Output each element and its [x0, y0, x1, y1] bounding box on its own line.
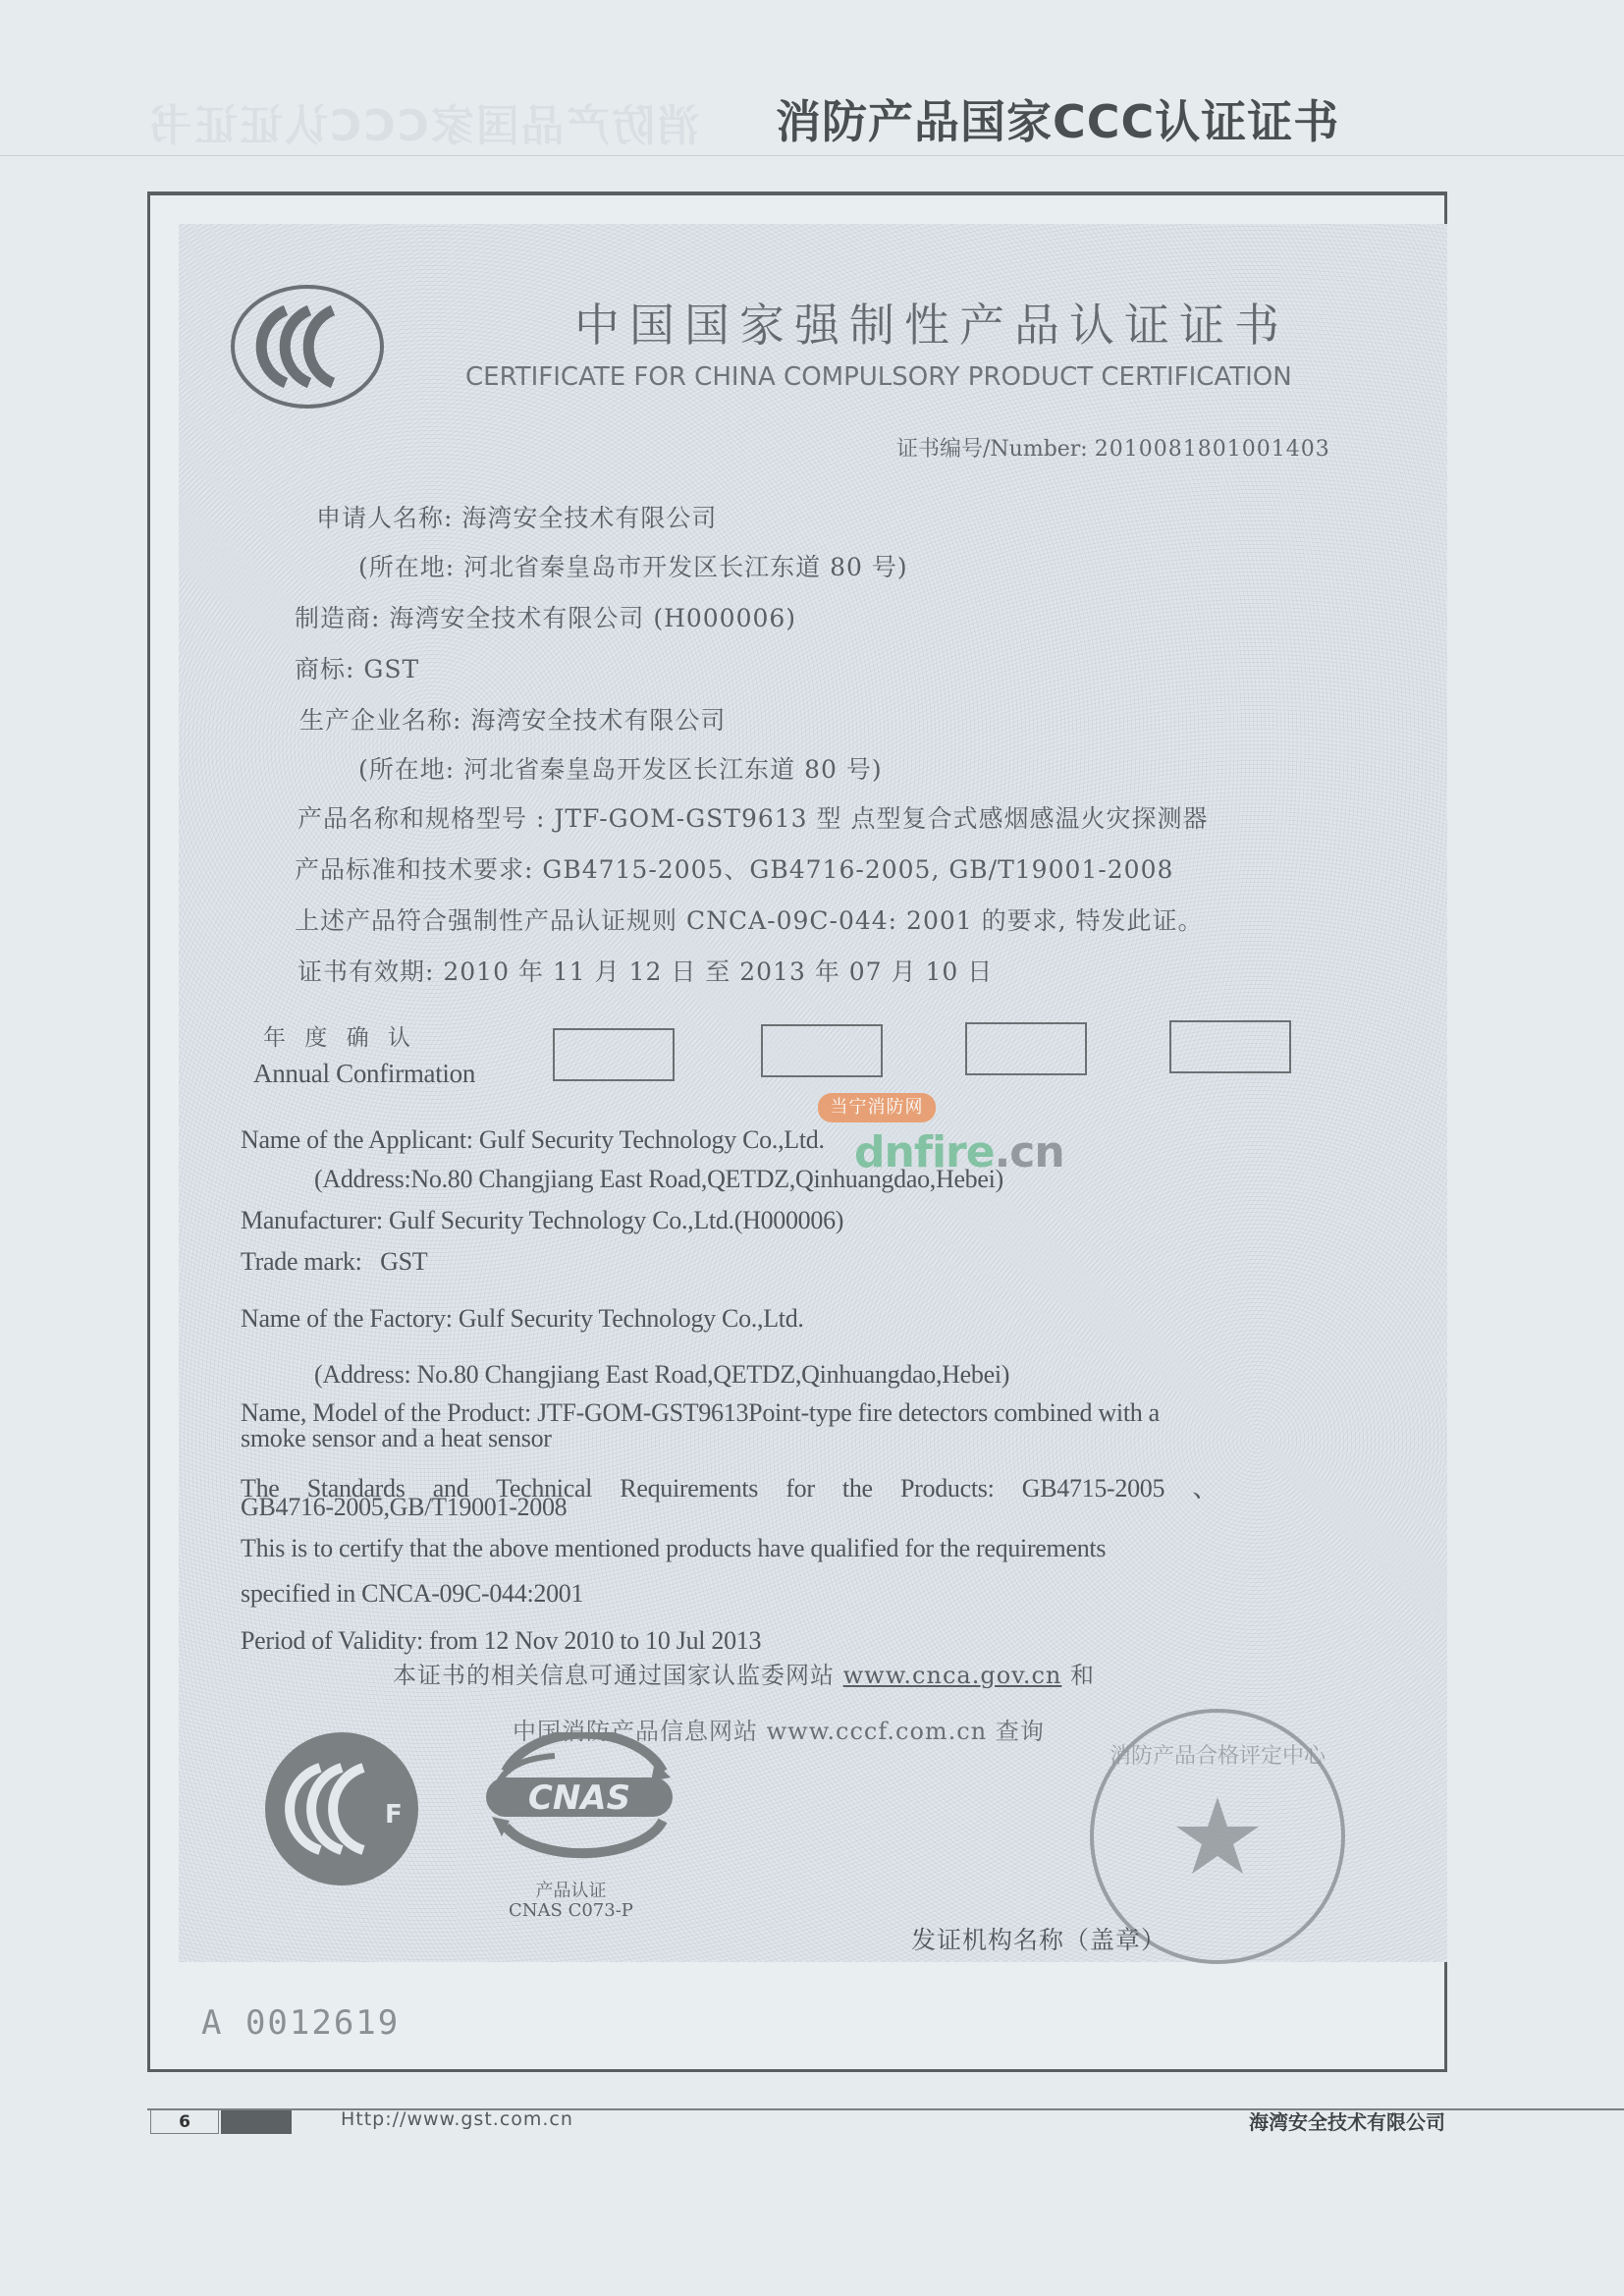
- annual-confirmation-box-1: [553, 1028, 675, 1081]
- product-cn: 产品名称和规格型号 : JTF-GOM-GST9613 型 点型复合式感烟感温火…: [298, 799, 1209, 835]
- validity-en: Period of Validity: from 12 Nov 2010 to …: [241, 1626, 761, 1656]
- svg-text:CNAS: CNAS: [528, 1778, 630, 1818]
- footer-url-link[interactable]: Http://www.gst.com.cn: [341, 2108, 573, 2130]
- watermark-text-green: dnfire: [854, 1127, 995, 1177]
- certificate-serial: A 0012619: [201, 2003, 400, 2043]
- watermark-text: dnfire.cn: [854, 1127, 1064, 1177]
- annual-confirmation-box-2: [761, 1024, 883, 1077]
- info-note-line1: 本证书的相关信息可通过国家认监委网站 www.cnca.gov.cn 和: [393, 1656, 1095, 1690]
- standards-cn: 产品标准和技术要求: GB4715-2005、GB4716-2005, GB/T…: [295, 850, 1173, 886]
- trademark-cn: 商标: GST: [295, 650, 419, 685]
- certificate-title-cn: 中国国家强制性产品认证证书: [574, 290, 1289, 355]
- svg-text:消防产品合格评定中心: 消防产品合格评定中心: [1110, 1744, 1326, 1769]
- info-note-suffix: 和: [1061, 1662, 1095, 1689]
- annual-confirmation-label-cn: 年 度 确 认: [263, 1019, 416, 1052]
- watermark-text-gray: .cn: [995, 1127, 1064, 1177]
- statement-en-line1: This is to certify that the above mentio…: [241, 1534, 1106, 1563]
- cnca-link[interactable]: www.cnca.gov.cn: [843, 1662, 1062, 1689]
- cnas-logo-icon: CNAS: [476, 1732, 682, 1860]
- watermark-badge: 当宁消防网: [818, 1093, 936, 1122]
- certificate-number: 证书编号/Number: 2010081801001403: [896, 432, 1330, 463]
- validity-cn: 证书有效期: 2010 年 11 月 12 日 至 2013 年 07 月 10…: [298, 953, 993, 988]
- standards-en-line2: GB4716-2005,GB/T19001-2008: [241, 1493, 567, 1522]
- ghost-title-reverse: 消防产品国家CCC认证证书: [147, 90, 700, 153]
- factory-address-en: (Address: No.80 Changjiang East Road,QET…: [314, 1360, 1009, 1390]
- statement-en-line2: specified in CNCA-09C-044:2001: [241, 1579, 583, 1609]
- cnas-caption-line2: CNAS C073-P: [509, 1901, 633, 1921]
- page-number-block: [221, 2110, 292, 2134]
- product-en-line2: smoke sensor and a heat sensor: [241, 1424, 552, 1453]
- footer-company-name: 海湾安全技术有限公司: [1249, 2106, 1445, 2135]
- ccc-logo-icon: [229, 283, 386, 410]
- applicant-address-cn: (所在地: 河北省秦皇岛市开发区长江东道 80 号): [358, 548, 908, 583]
- certificate-title-en: CERTIFICATE FOR CHINA COMPULSORY PRODUCT…: [465, 362, 1292, 392]
- applicant-en: Name of the Applicant: Gulf Security Tec…: [241, 1125, 825, 1155]
- statement-cn: 上述产品符合强制性产品认证规则 CNCA-09C-044: 2001 的要求, …: [295, 902, 1204, 937]
- page-number: 6: [150, 2110, 219, 2134]
- annual-confirmation-box-4: [1169, 1020, 1291, 1073]
- svg-text:F: F: [385, 1800, 403, 1830]
- factory-address-cn: (所在地: 河北省秦皇岛开发区长江东道 80 号): [358, 750, 883, 786]
- cnas-caption: 产品认证 CNAS C073-P: [509, 1882, 633, 1921]
- factory-en: Name of the Factory: Gulf Security Techn…: [241, 1304, 804, 1334]
- annual-confirmation-box-3: [965, 1022, 1087, 1075]
- trademark-en: Trade mark: GST: [241, 1247, 427, 1277]
- annual-confirmation-label-en: Annual Confirmation: [253, 1059, 475, 1089]
- certificate-number-label: 证书编号/Number:: [896, 437, 1088, 462]
- page-title: 消防产品国家CCC认证证书: [776, 86, 1339, 151]
- cnas-caption-line1: 产品认证: [509, 1882, 633, 1901]
- factory-cn: 生产企业名称: 海湾安全技术有限公司: [299, 701, 726, 737]
- certificate-number-value: 2010081801001403: [1095, 437, 1330, 462]
- title-divider: [0, 155, 1624, 156]
- manufacturer-en: Manufacturer: Gulf Security Technology C…: [241, 1206, 843, 1235]
- cccf-logo-icon: F: [263, 1730, 420, 1887]
- issuer-label: 发证机构名称（盖章）: [911, 1921, 1166, 1956]
- certificate-body: [179, 224, 1447, 1962]
- info-note-prefix: 本证书的相关信息可通过国家认监委网站: [393, 1662, 843, 1689]
- manufacturer-cn: 制造商: 海湾安全技术有限公司 (H000006): [295, 599, 796, 634]
- applicant-cn: 申请人名称: 海湾安全技术有限公司: [316, 499, 717, 534]
